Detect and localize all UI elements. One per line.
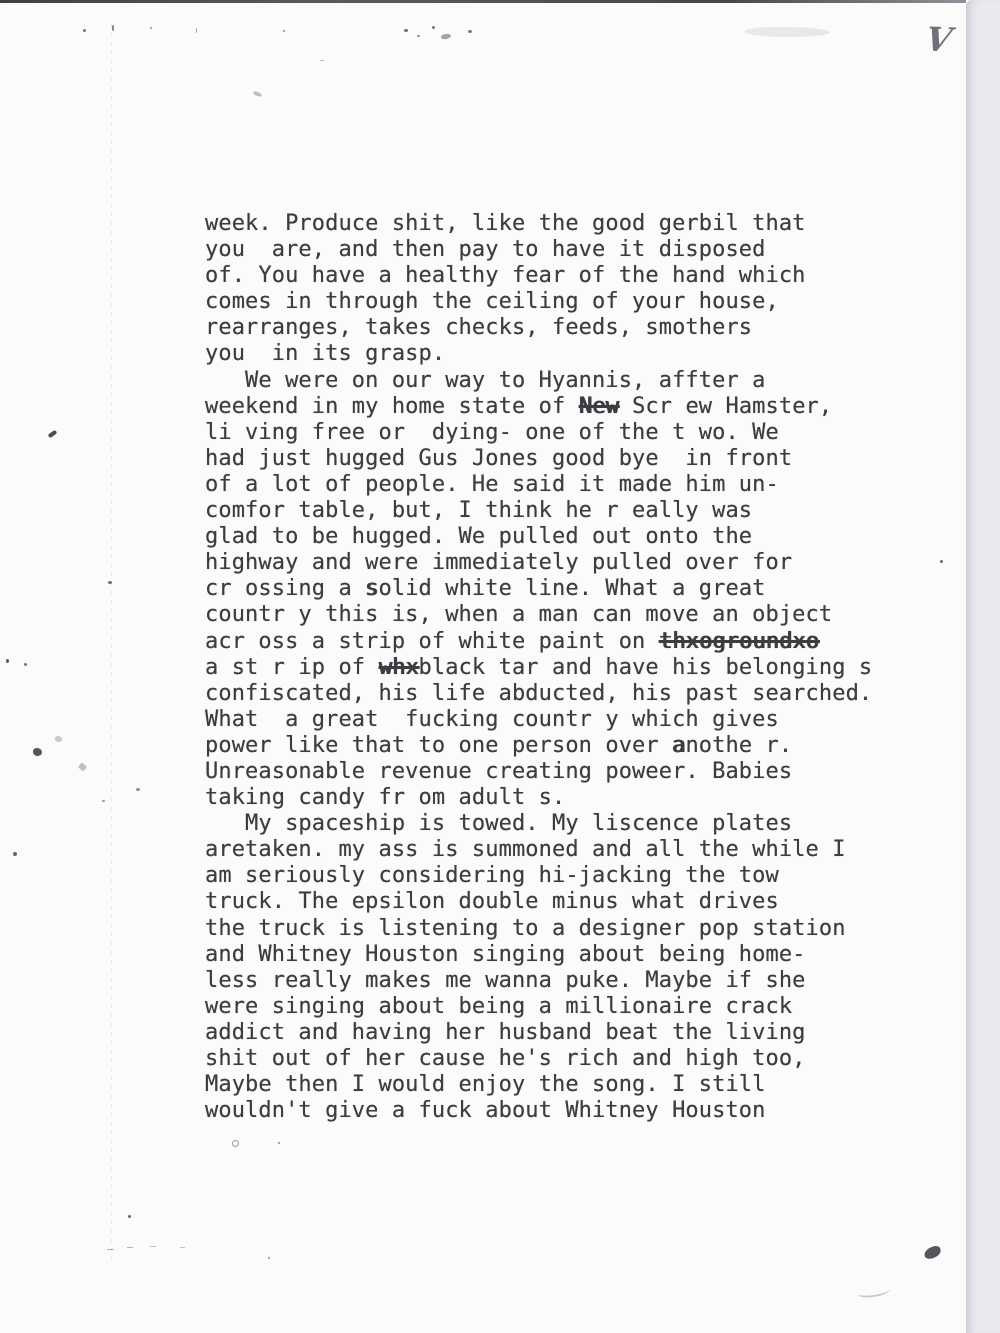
overstruck-text: a xyxy=(672,733,685,758)
overstruck-text: New xyxy=(579,394,619,419)
text-line: confiscated, his life abducted, his past… xyxy=(205,681,872,707)
text-line: you in its grasp. xyxy=(205,341,872,367)
text-segment: week. Produce shit, like the good gerbil… xyxy=(205,211,806,236)
text-segment: Unreasonable revenue creating poweer. Ba… xyxy=(205,759,792,784)
text-line: comfor table, but, I think he r eally wa… xyxy=(205,498,872,524)
text-segment: and Whitney Houston singing about being … xyxy=(205,942,806,967)
scan-speck xyxy=(180,1247,185,1248)
scan-speck xyxy=(107,1249,114,1250)
text-segment: highway and were immediately pulled over… xyxy=(205,550,792,575)
text-segment: taking candy fr om adult s. xyxy=(205,785,565,810)
text-line: What a great fucking countr y which give… xyxy=(205,707,872,733)
scan-speck xyxy=(83,29,86,32)
text-segment: nothe r. xyxy=(685,733,792,758)
scanned-page: V week. Produce shit, like the good gerb… xyxy=(0,0,1000,1333)
text-segment: li ving free or dying- one of the t wo. … xyxy=(205,420,779,445)
scan-speck xyxy=(136,788,140,791)
scan-smudge xyxy=(253,91,263,98)
text-segment: olid white line. What a great xyxy=(379,576,766,601)
text-segment: were singing about being a millionaire c… xyxy=(205,994,792,1019)
text-segment: We were on our way to Hyannis, affter a xyxy=(205,368,766,393)
text-segment: wouldn't give a fuck about Whitney Houst… xyxy=(205,1098,766,1123)
text-line: you are, and then pay to have it dispose… xyxy=(205,237,872,263)
text-segment: a st r ip of xyxy=(205,655,379,680)
scan-right-band xyxy=(966,0,1000,1333)
text-segment: countr y this is, when a man can move an… xyxy=(205,602,832,627)
scan-speck xyxy=(13,852,17,856)
scan-speck xyxy=(432,26,435,29)
scan-speck xyxy=(196,28,197,33)
text-segment: comes in through the ceiling of your hou… xyxy=(205,289,779,314)
text-segment: aretaken. my ass is summoned and all the… xyxy=(205,837,846,862)
text-line: the truck is listening to a designer pop… xyxy=(205,916,872,942)
text-line: rearranges, takes checks, feeds, smother… xyxy=(205,315,872,341)
text-line: taking candy fr om adult s. xyxy=(205,785,872,811)
text-segment: glad to be hugged. We pulled out onto th… xyxy=(205,524,752,549)
text-segment: of. You have a healthy fear of the hand … xyxy=(205,263,806,288)
text-line: had just hugged Gus Jones good bye in fr… xyxy=(205,446,872,472)
text-line: and Whitney Houston singing about being … xyxy=(205,942,872,968)
text-segment: less really makes me wanna puke. Maybe i… xyxy=(205,968,806,993)
scan-speck xyxy=(127,1247,133,1248)
text-segment: had just hugged Gus Jones good bye in fr… xyxy=(205,446,792,471)
text-segment: shit out of her cause he's rich and high… xyxy=(205,1046,806,1071)
scan-top-edge xyxy=(0,0,966,3)
text-segment: of a lot of people. He said it made him … xyxy=(205,472,779,497)
text-line: Unreasonable revenue creating poweer. Ba… xyxy=(205,759,872,785)
text-line: a st r ip of whxblack tar and have his b… xyxy=(205,655,872,681)
text-segment: Scr ew Hamster, xyxy=(619,394,833,419)
text-line: comes in through the ceiling of your hou… xyxy=(205,289,872,315)
overstruck-text: s xyxy=(365,576,378,601)
text-line: power like that to one person over anoth… xyxy=(205,733,872,759)
scan-speck xyxy=(417,35,420,37)
scan-smudge xyxy=(745,27,830,37)
scan-speck xyxy=(24,663,27,666)
scan-speck xyxy=(128,1215,131,1218)
text-segment: Maybe then I would enjoy the song. I sti… xyxy=(205,1072,766,1097)
scan-speck xyxy=(283,30,285,32)
text-line: cr ossing a solid white line. What a gre… xyxy=(205,576,872,602)
text-segment: addict and having her husband beat the l… xyxy=(205,1020,806,1045)
scan-speck xyxy=(940,560,943,563)
text-line: glad to be hugged. We pulled out onto th… xyxy=(205,524,872,550)
text-line: We were on our way to Hyannis, affter a xyxy=(205,368,872,394)
text-segment: black tar and have his belonging s xyxy=(419,655,873,680)
text-segment: What a great fucking countr y which give… xyxy=(205,707,779,732)
text-line: countr y this is, when a man can move an… xyxy=(205,602,872,628)
overstruck-text: thxogroundxo xyxy=(659,629,819,654)
text-segment: you in its grasp. xyxy=(205,341,445,366)
text-segment: the truck is listening to a designer pop… xyxy=(205,916,846,941)
text-line: aretaken. my ass is summoned and all the… xyxy=(205,837,872,863)
scan-speck xyxy=(108,581,112,584)
typewritten-text: week. Produce shit, like the good gerbil… xyxy=(205,211,872,1124)
text-line: were singing about being a millionaire c… xyxy=(205,994,872,1020)
scan-speck xyxy=(278,1142,280,1144)
scan-speck xyxy=(102,800,105,802)
scan-smudge xyxy=(858,1284,891,1298)
scan-smudge xyxy=(923,1245,943,1261)
text-line: li ving free or dying- one of the t wo. … xyxy=(205,420,872,446)
text-line: of. You have a healthy fear of the hand … xyxy=(205,263,872,289)
text-segment: truck. The epsilon double minus what dri… xyxy=(205,889,779,914)
text-line: week. Produce shit, like the good gerbil… xyxy=(205,211,872,237)
text-segment: rearranges, takes checks, feeds, smother… xyxy=(205,315,752,340)
text-line: less really makes me wanna puke. Maybe i… xyxy=(205,968,872,994)
scan-speck xyxy=(404,29,408,32)
scan-speck xyxy=(150,27,152,29)
scan-speck xyxy=(232,1140,239,1147)
text-segment: My spaceship is towed. My liscence plate… xyxy=(205,811,792,836)
text-line: of a lot of people. He said it made him … xyxy=(205,472,872,498)
scan-speck xyxy=(150,1246,156,1247)
text-line: wouldn't give a fuck about Whitney Houst… xyxy=(205,1098,872,1124)
text-segment: power like that to one person over xyxy=(205,733,672,758)
text-segment: comfor table, but, I think he r eally wa… xyxy=(205,498,752,523)
overstruck-text: whx xyxy=(379,655,419,680)
scan-speck xyxy=(112,25,114,31)
text-line: My spaceship is towed. My liscence plate… xyxy=(205,811,872,837)
text-line: weekend in my home state of New Scr ew H… xyxy=(205,394,872,420)
scan-smudge xyxy=(78,762,87,771)
scan-smudge xyxy=(441,33,452,40)
text-segment: you are, and then pay to have it dispose… xyxy=(205,237,766,262)
scan-speck xyxy=(468,30,472,33)
text-line: highway and were immediately pulled over… xyxy=(205,550,872,576)
text-line: shit out of her cause he's rich and high… xyxy=(205,1046,872,1072)
text-line: addict and having her husband beat the l… xyxy=(205,1020,872,1046)
text-line: truck. The epsilon double minus what dri… xyxy=(205,889,872,915)
scan-speck xyxy=(6,659,9,663)
text-segment: cr ossing a xyxy=(205,576,365,601)
text-line: am seriously considering hi-jacking the … xyxy=(205,863,872,889)
text-segment: acr oss a strip of white paint on xyxy=(205,629,659,654)
scan-speck xyxy=(268,1257,270,1259)
fold-line xyxy=(111,24,112,1264)
handwritten-check-mark: V xyxy=(923,20,955,60)
scan-smudge xyxy=(33,748,42,756)
text-segment: weekend in my home state of xyxy=(205,394,579,419)
text-line: acr oss a strip of white paint on thxogr… xyxy=(205,629,872,655)
text-line: Maybe then I would enjoy the song. I sti… xyxy=(205,1072,872,1098)
text-segment: am seriously considering hi-jacking the … xyxy=(205,863,779,888)
scan-speck xyxy=(320,60,324,61)
scan-smudge xyxy=(48,430,58,438)
scan-smudge xyxy=(55,736,62,742)
text-segment: confiscated, his life abducted, his past… xyxy=(205,681,872,706)
